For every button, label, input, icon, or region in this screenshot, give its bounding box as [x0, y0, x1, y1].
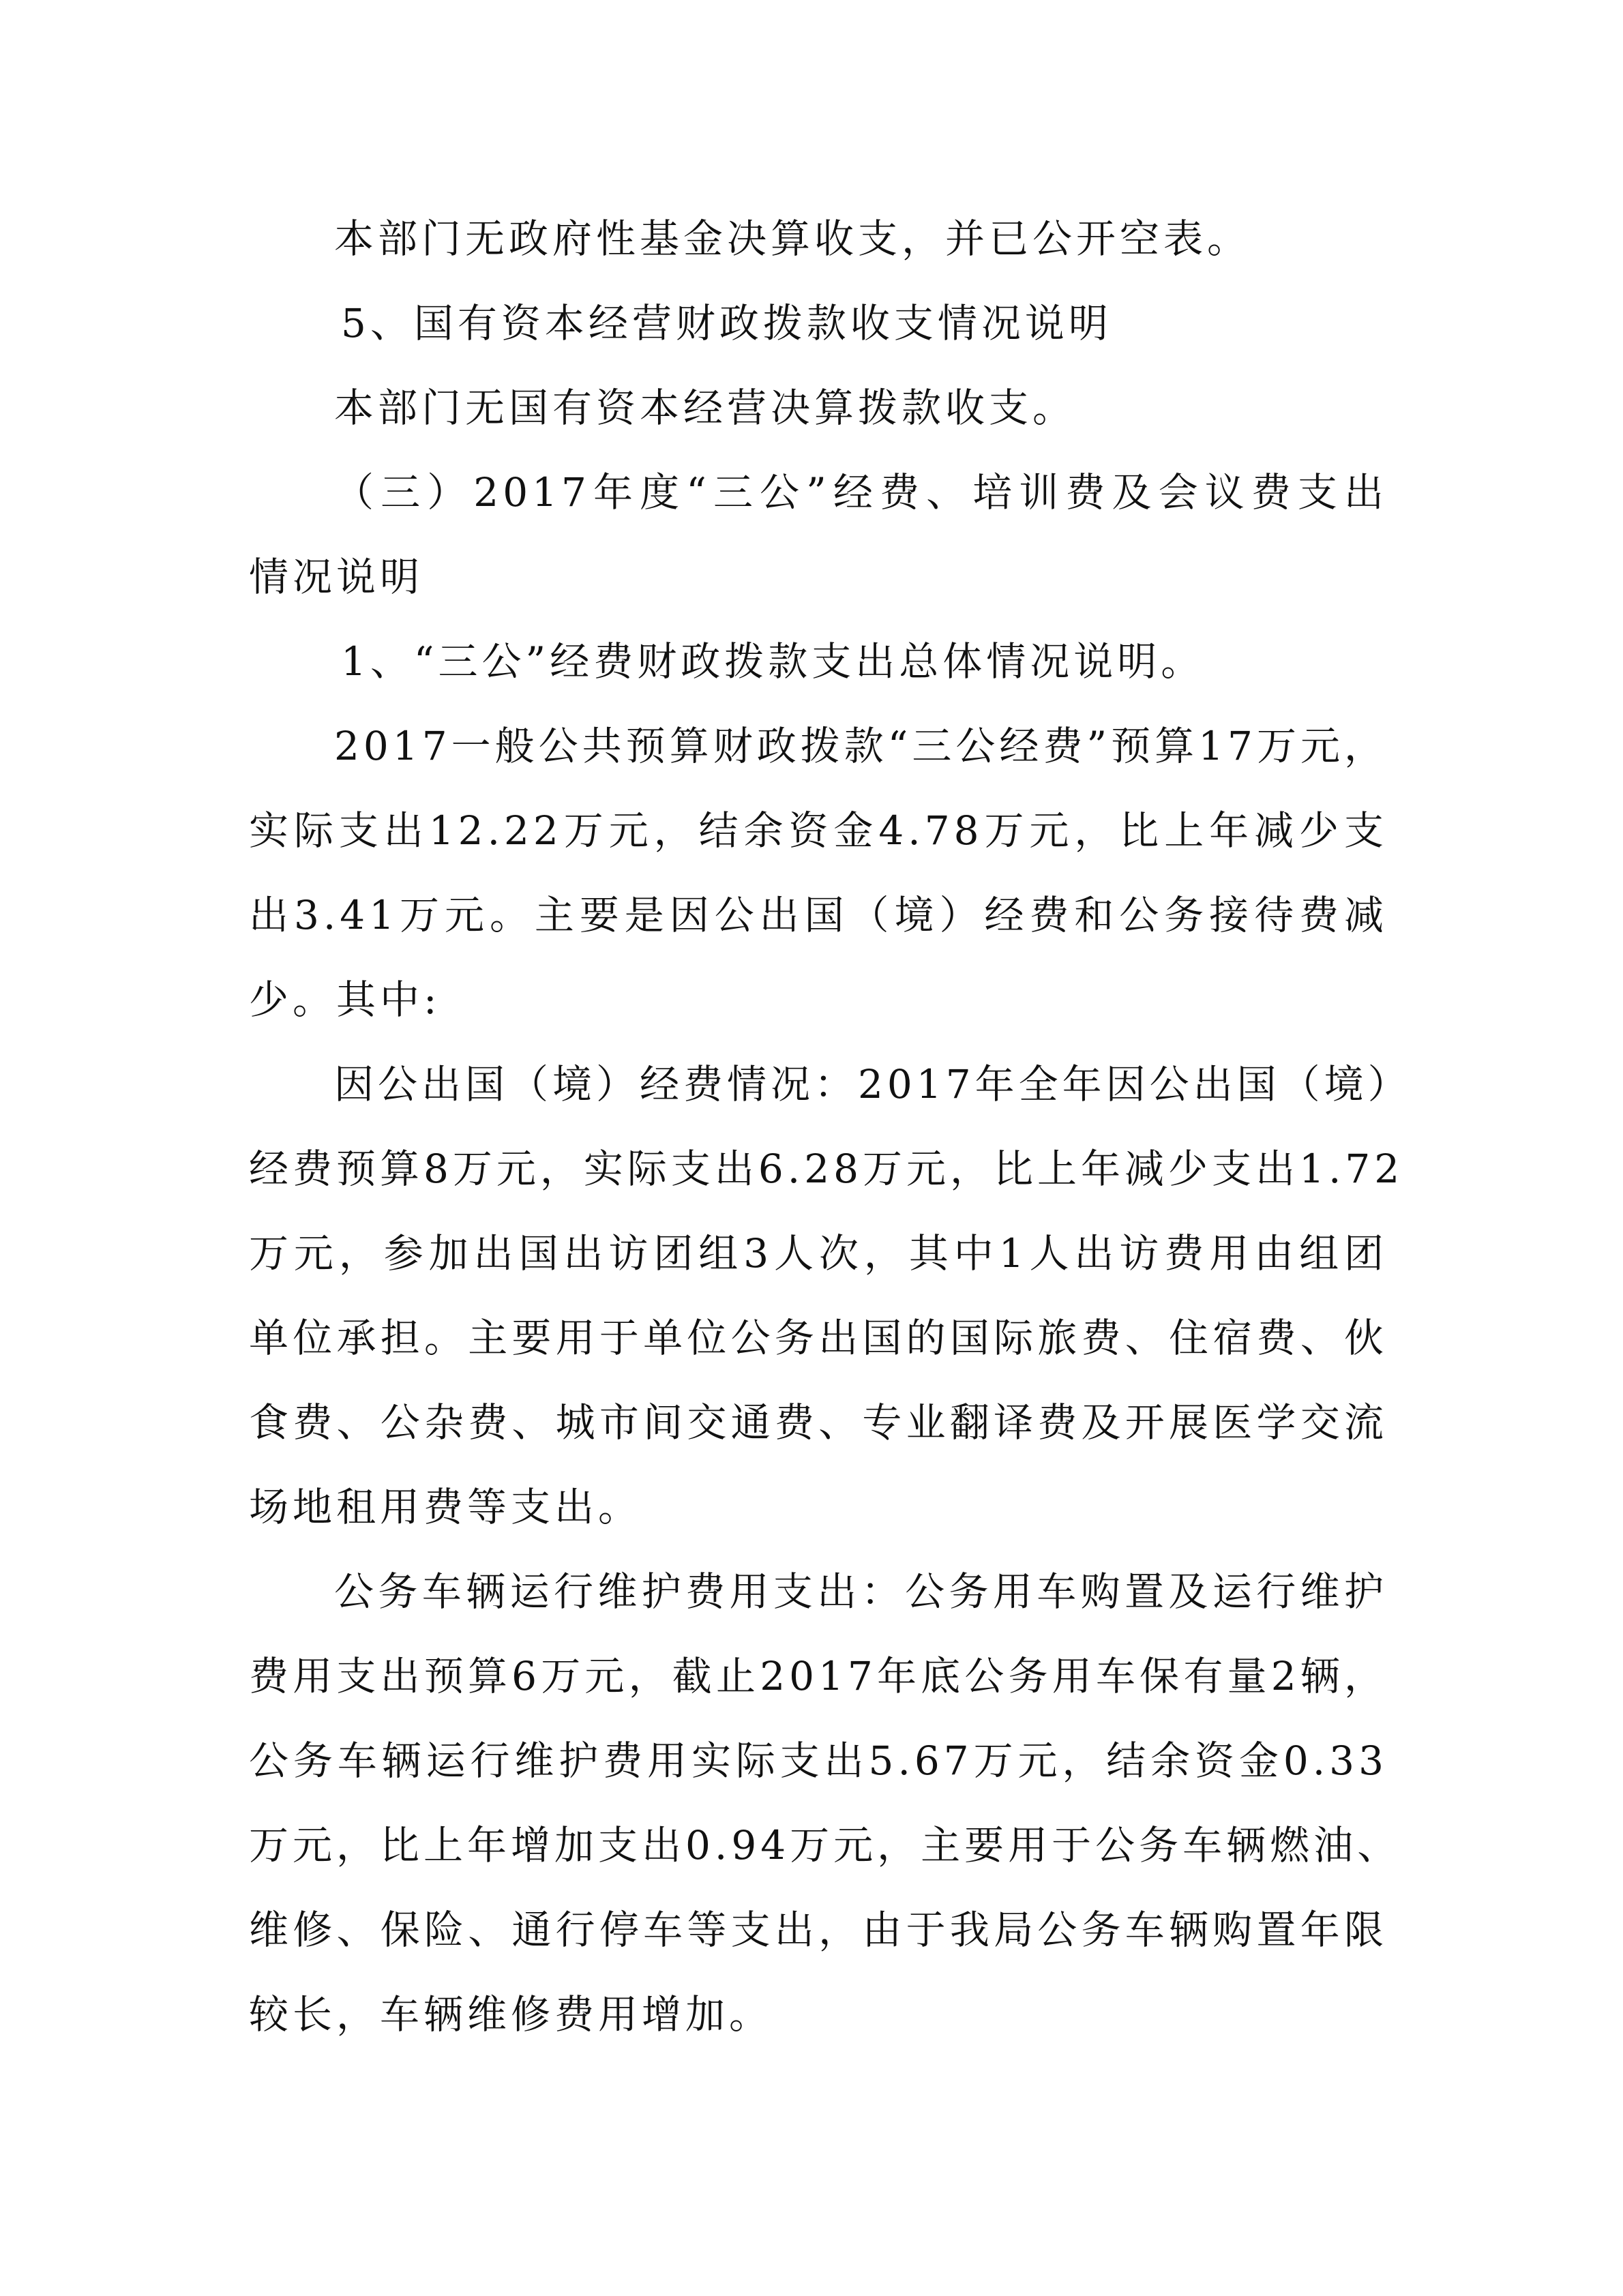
paragraph-vehicle-line-2: 费用支出预算6万元，截止2017年底公务用车保有量2辆， [249, 1649, 1388, 1703]
heading-state-capital-operations: 5、国有资本经营财政拨款收支情况说明 [341, 296, 1388, 351]
document-page: 本部门无政府性基金决算收支，并已公开空表。 5、国有资本经营财政拨款收支情况说明… [0, 0, 1623, 2296]
paragraph-overall-line-2: 实际支出12.22万元，结余资金4.78万元，比上年减少支 [249, 803, 1388, 858]
paragraph-no-government-fund: 本部门无政府性基金决算收支，并已公开空表。 [334, 211, 1388, 266]
paragraph-overall-line-4: 少。其中: [249, 972, 1388, 1027]
paragraph-vehicle-line-1: 公务车辆运行维护费用支出：公务用车购置及运行维护 [334, 1564, 1388, 1619]
paragraph-overseas-line-2: 经费预算8万元，实际支出6.28万元，比上年减少支出1.72 [249, 1142, 1388, 1196]
paragraph-no-state-capital: 本部门无国有资本经营决算拨款收支。 [334, 381, 1388, 435]
paragraph-overseas-line-6: 场地租用费等支出。 [249, 1480, 1388, 1534]
section-heading-three-public-expenses: （三）2017年度“三公”经费、培训费及会议费支出 [334, 465, 1388, 520]
paragraph-overall-line-3: 出3.41万元。主要是因公出国（境）经费和公务接待费减 [249, 888, 1388, 942]
subheading-overall-situation: 1、“三公”经费财政拨款支出总体情况说明。 [341, 634, 1388, 689]
paragraph-vehicle-line-6: 较长，车辆维修费用增加。 [249, 1987, 1388, 2042]
paragraph-vehicle-line-4: 万元，比上年增加支出0.94万元，主要用于公务车辆燃油、 [249, 1818, 1388, 1873]
paragraph-overseas-line-5: 食费、公杂费、城市间交通费、专业翻译费及开展医学交流 [249, 1395, 1388, 1450]
paragraph-overseas-line-3: 万元，参加出国出访团组3人次，其中1人出访费用由组团 [249, 1226, 1388, 1281]
paragraph-overall-line-1: 2017一般公共预算财政拨款“三公经费”预算17万元， [334, 719, 1388, 773]
paragraph-vehicle-line-3: 公务车辆运行维护费用实际支出5.67万元，结余资金0.33 [249, 1733, 1388, 1788]
paragraph-overseas-line-1: 因公出国（境）经费情况：2017年全年因公出国（境） [334, 1057, 1388, 1112]
section-heading-continuation: 情况说明 [249, 550, 1388, 604]
paragraph-vehicle-line-5: 维修、保险、通行停车等支出，由于我局公务车辆购置年限 [249, 1903, 1388, 1957]
paragraph-overseas-line-4: 单位承担。主要用于单位公务出国的国际旅费、住宿费、伙 [249, 1311, 1388, 1365]
